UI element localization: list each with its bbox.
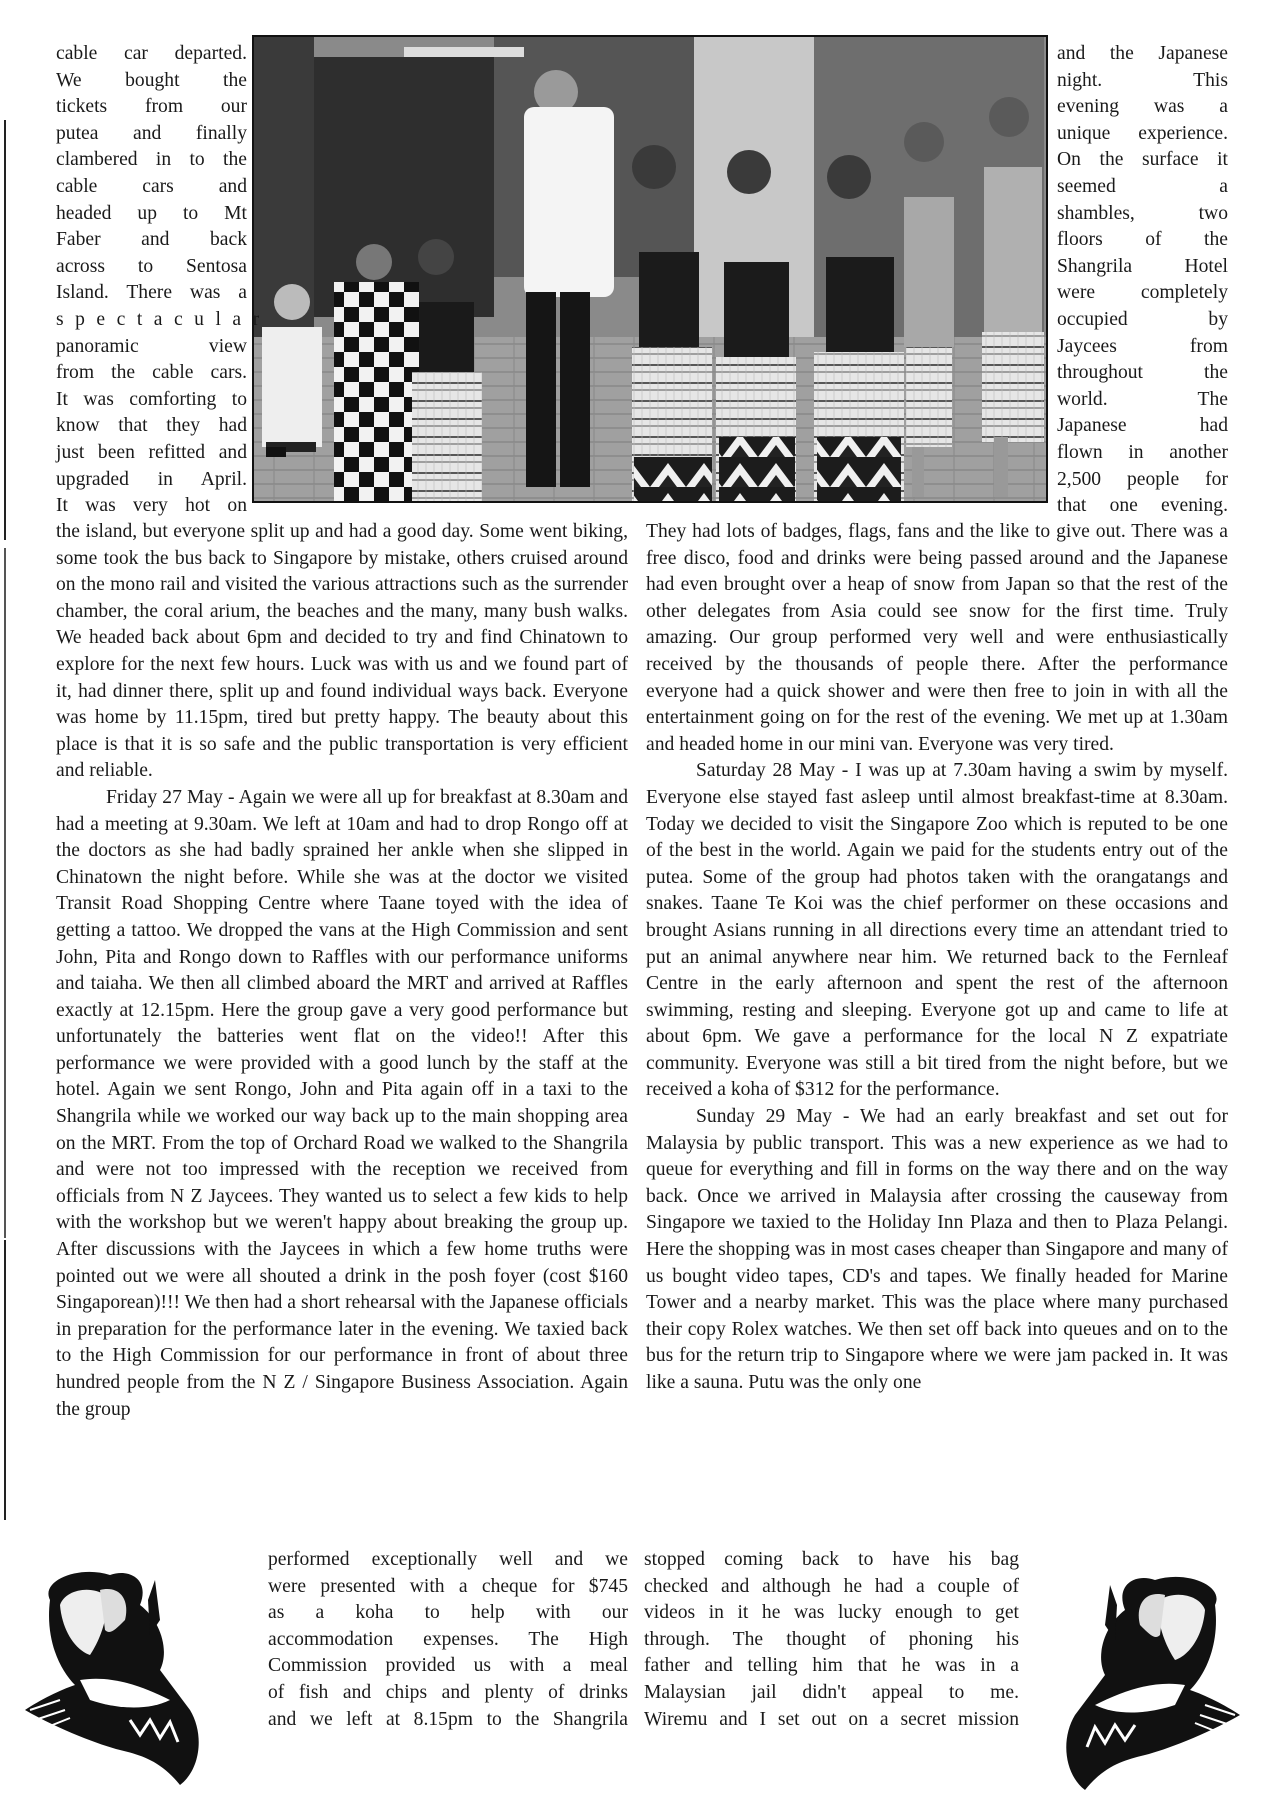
text-line: were presented with a cheque for $745 xyxy=(268,1574,628,1601)
text-line: headed up to Mt xyxy=(56,201,247,228)
text-line: know that they had xyxy=(56,413,247,440)
text-line: from the cable cars. xyxy=(56,360,247,387)
text-line: evening was a xyxy=(1057,94,1228,121)
margin-scan-mark xyxy=(4,548,6,1238)
text-line: Island. There was a xyxy=(56,280,247,307)
margin-scan-mark xyxy=(4,120,6,540)
text-line: unique experience. xyxy=(1057,121,1228,148)
text-line: stopped coming back to have his bag xyxy=(644,1547,1019,1574)
text-line: checked and although he had a couple of xyxy=(644,1574,1019,1601)
text-line: as a koha to help with our xyxy=(268,1600,628,1627)
left-wrap-column: cable car departed. We bought the ticket… xyxy=(56,41,247,520)
text-line: clambered in to the xyxy=(56,147,247,174)
right-wrap-column: and the Japanese night. This evening was… xyxy=(1057,41,1228,520)
text-line: flown in another xyxy=(1057,440,1228,467)
text-line: father and telling him that he was in a xyxy=(644,1653,1019,1680)
text-line: that one evening. xyxy=(1057,493,1228,520)
text-line: Faber and back xyxy=(56,227,247,254)
text-line: world. The xyxy=(1057,387,1228,414)
text-line: videos in it he was lucky enough to get xyxy=(644,1600,1019,1627)
text-line: were completely xyxy=(1057,280,1228,307)
performance-photo xyxy=(252,35,1048,503)
text-line: It was very hot on xyxy=(56,493,247,520)
text-line: shambles, two xyxy=(1057,201,1228,228)
text-line: performed exceptionally well and we xyxy=(268,1547,628,1574)
text-line: On the surface it xyxy=(1057,147,1228,174)
paragraph-saturday-28-may: Saturday 28 May - I was up at 7.30am hav… xyxy=(646,758,1228,1104)
text-line: tickets from our xyxy=(56,94,247,121)
text-line: across to Sentosa xyxy=(56,254,247,281)
right-main-column: They had lots of badges, flags, fans and… xyxy=(646,519,1228,1397)
left-tail-block: performed exceptionally well and we were… xyxy=(268,1547,628,1733)
text-line: We bought the xyxy=(56,68,247,95)
text-line: occupied by xyxy=(1057,307,1228,334)
taniwha-left-icon xyxy=(20,1560,220,1790)
text-line: putea and finally xyxy=(56,121,247,148)
text-line: seemed a xyxy=(1057,174,1228,201)
text-line: 2,500 people for xyxy=(1057,467,1228,494)
text-line: night. This xyxy=(1057,68,1228,95)
text-line: floors of the xyxy=(1057,227,1228,254)
text-line: panoramic view xyxy=(56,334,247,361)
text-line: cable car departed. xyxy=(56,41,247,68)
text-line: spectacular xyxy=(56,307,247,334)
text-line: Malaysian jail didn't appeal to me. xyxy=(644,1680,1019,1707)
text-line: Wiremu and I set out on a secret mission xyxy=(644,1707,1019,1734)
text-line: Jaycees from xyxy=(1057,334,1228,361)
margin-scan-mark xyxy=(4,1240,6,1520)
text-line: Commission provided us with a meal xyxy=(268,1653,628,1680)
text-line: It was comforting to xyxy=(56,387,247,414)
text-line: and the Japanese xyxy=(1057,41,1228,68)
paragraph-island-day: the island, but everyone split up and ha… xyxy=(56,519,628,785)
text-line: and we left at 8.15pm to the Shangrila xyxy=(268,1707,628,1734)
paragraph-japanese-night: They had lots of badges, flags, fans and… xyxy=(646,519,1228,758)
text-line: throughout the xyxy=(1057,360,1228,387)
text-line: upgraded in April. xyxy=(56,467,247,494)
right-tail-block: stopped coming back to have his bag chec… xyxy=(644,1547,1019,1733)
text-line: Japanese had xyxy=(1057,413,1228,440)
left-main-column: the island, but everyone split up and ha… xyxy=(56,519,628,1423)
text-line: through. The thought of phoning his xyxy=(644,1627,1019,1654)
text-line: cable cars and xyxy=(56,174,247,201)
kapa-haka-group-image xyxy=(254,37,1046,501)
text-line: Shangrila Hotel xyxy=(1057,254,1228,281)
text-line: of fish and chips and plenty of drinks xyxy=(268,1680,628,1707)
paragraph-sunday-29-may: Sunday 29 May - We had an early breakfas… xyxy=(646,1104,1228,1397)
text-line: accommodation expenses. The High xyxy=(268,1627,628,1654)
taniwha-right-icon xyxy=(1030,1565,1245,1790)
paragraph-friday-27-may: Friday 27 May - Again we were all up for… xyxy=(56,785,628,1423)
text-line: just been refitted and xyxy=(56,440,247,467)
